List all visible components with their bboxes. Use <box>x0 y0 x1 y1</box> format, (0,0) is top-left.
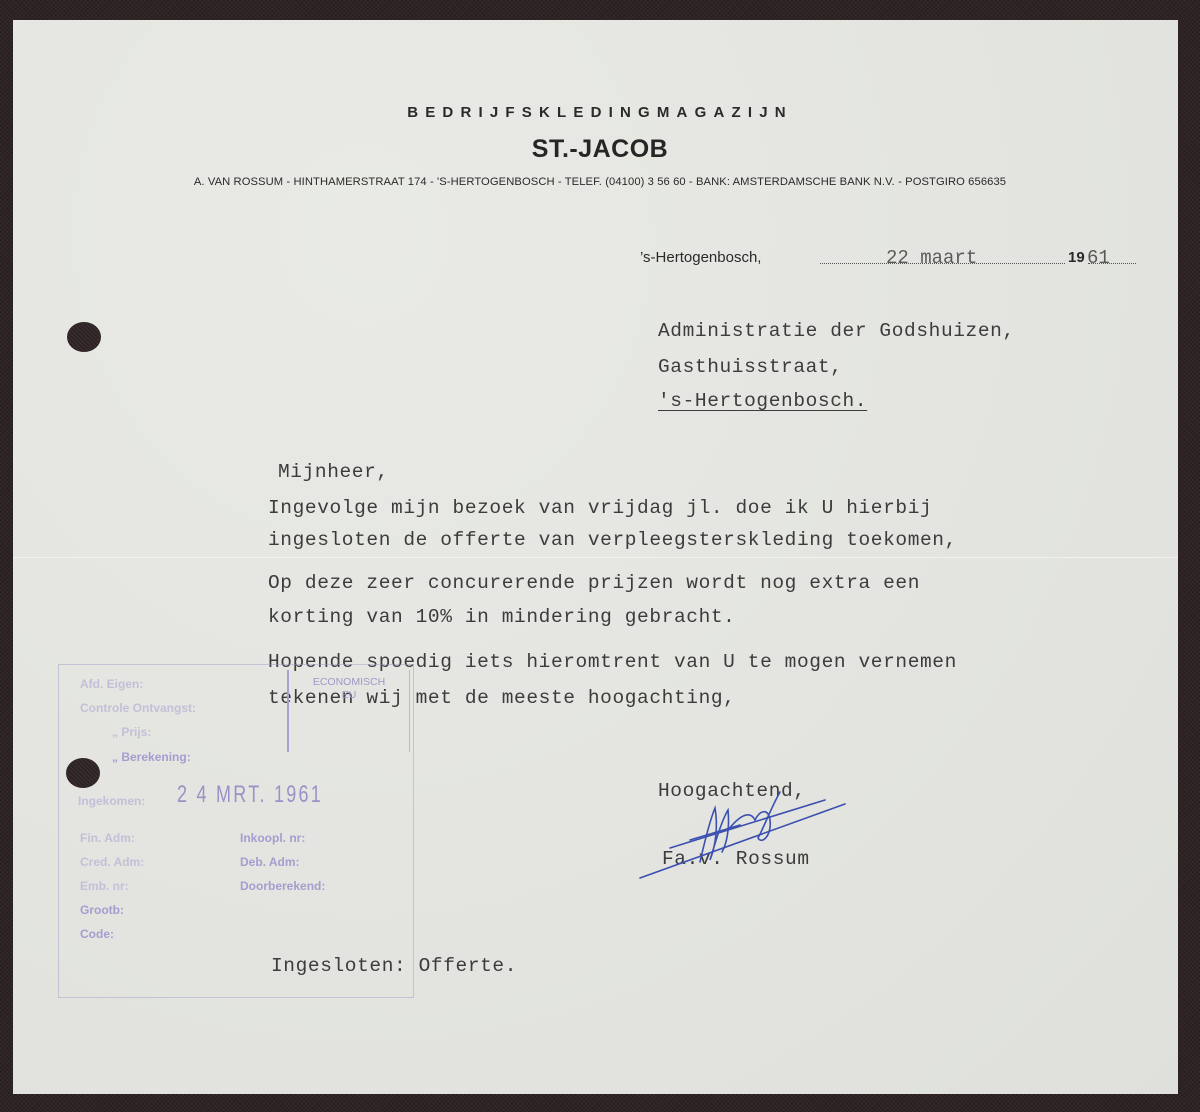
recipient-line-2: Gasthuisstraat, <box>658 356 843 378</box>
dateline-day-month: 22 maart <box>886 247 977 269</box>
body-p2-line2: korting van 10% in mindering gebracht. <box>268 606 735 628</box>
recipient-line-3: 's-Hertogenbosch. <box>658 390 867 412</box>
body-p1-line1: Ingevolge mijn bezoek van vrijdag jl. do… <box>268 497 932 519</box>
stamp-field: „ Berekening: <box>112 750 191 764</box>
stamp-field: Inkoopl. nr: <box>240 831 305 845</box>
fold-line <box>13 557 1178 558</box>
punch-hole <box>66 758 100 788</box>
stamp-field: Grootb: <box>80 903 124 917</box>
dotted-line <box>1088 263 1136 264</box>
stamp-field: Emb. nr: <box>80 879 129 893</box>
body-p2-line1: Op deze zeer concurerende prijzen wordt … <box>268 572 920 594</box>
dateline-year-suffix: 61 <box>1087 247 1110 269</box>
stamp-field: Deb. Adm: <box>240 855 300 869</box>
body-p1-line2: ingesloten de offerte van verpleegstersk… <box>268 529 957 551</box>
economisch-stamp: ECONOMISCH EU <box>287 670 410 752</box>
punch-hole <box>67 322 101 352</box>
letterhead-company-name: ST.-JACOB <box>0 135 1200 164</box>
stamp-received-date: 2 4 MRT. 1961 <box>177 781 323 809</box>
dateline-place: ’s-Hertogenbosch, <box>640 249 761 266</box>
stamp-field: Controle Ontvangst: <box>80 701 196 715</box>
recipient-line-1: Administratie der Godshuizen, <box>658 320 1015 342</box>
stamp-field: Cred. Adm: <box>80 855 144 869</box>
dateline: ’s-Hertogenbosch, 22 maart 19 61 <box>640 249 1135 273</box>
letterhead-company-type: BEDRIJFSKLEDINGMAGAZIJN <box>0 104 1200 121</box>
letterhead-address: A. VAN ROSSUM - HINTHAMERSTRAAT 174 - 'S… <box>0 176 1200 188</box>
dateline-year-prefix: 19 <box>1068 249 1085 266</box>
salutation: Mijnheer, <box>278 461 389 483</box>
signature <box>630 780 860 880</box>
economisch-stamp-line1: ECONOMISCH <box>289 676 409 688</box>
stamp-field: Afd. Eigen: <box>80 677 143 691</box>
stamp-received-label: Ingekomen: <box>78 794 145 808</box>
stamp-field: Code: <box>80 927 114 941</box>
economisch-stamp-line2: EU <box>289 689 409 701</box>
stamp-field: „ Prijs: <box>112 725 151 739</box>
stamp-field: Doorberekend: <box>240 879 325 893</box>
stamp-field: Fin. Adm: <box>80 831 135 845</box>
